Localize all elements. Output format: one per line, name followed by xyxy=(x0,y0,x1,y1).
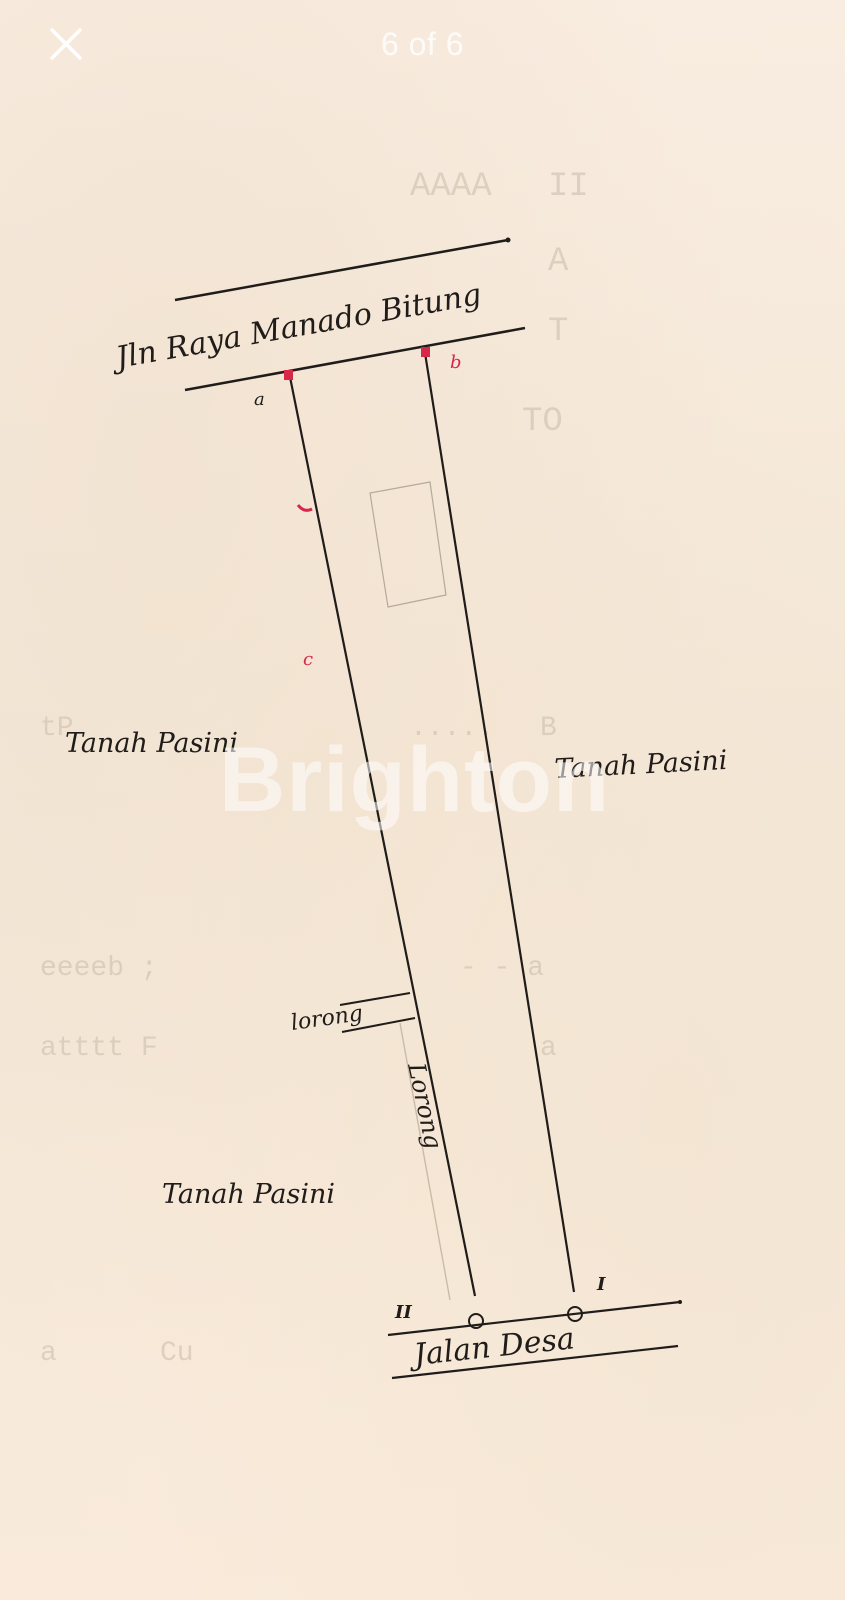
point-I-label: I xyxy=(596,1274,606,1295)
alley-vertical-label: Lorong xyxy=(402,1059,448,1151)
svg-text:atttt F: atttt F xyxy=(40,1033,158,1064)
svg-text:- - a: - - a xyxy=(460,953,544,984)
svg-text:TO: TO xyxy=(522,403,563,441)
svg-text:eeeeb ;: eeeeb ; xyxy=(40,953,158,984)
svg-text:II: II xyxy=(548,168,589,206)
plot-left-boundary xyxy=(290,377,475,1296)
svg-text:a: a xyxy=(40,1338,57,1369)
corner-a-label: a xyxy=(254,389,265,410)
svg-text:T: T xyxy=(548,313,568,351)
red-tick-mark xyxy=(298,505,312,510)
svg-text:Cu: Cu xyxy=(160,1338,194,1369)
watermark: Brighton xyxy=(0,728,837,833)
mark-c-label: c xyxy=(303,649,313,670)
svg-text:a: a xyxy=(540,1033,557,1064)
point-II-label: II xyxy=(394,1302,412,1323)
viewer-top-bar: 6 of 6 xyxy=(0,0,845,92)
svg-text:AAAA: AAAA xyxy=(410,168,492,206)
image-counter: 6 of 6 xyxy=(0,26,845,63)
red-corner-mark-b xyxy=(421,347,430,357)
building-outline xyxy=(370,482,446,607)
red-corner-mark-a xyxy=(284,370,293,380)
left-neighbor-lower-label: Tanah Pasini xyxy=(162,1179,335,1210)
svg-text:A: A xyxy=(548,243,569,281)
corner-b-label: b xyxy=(450,352,462,373)
